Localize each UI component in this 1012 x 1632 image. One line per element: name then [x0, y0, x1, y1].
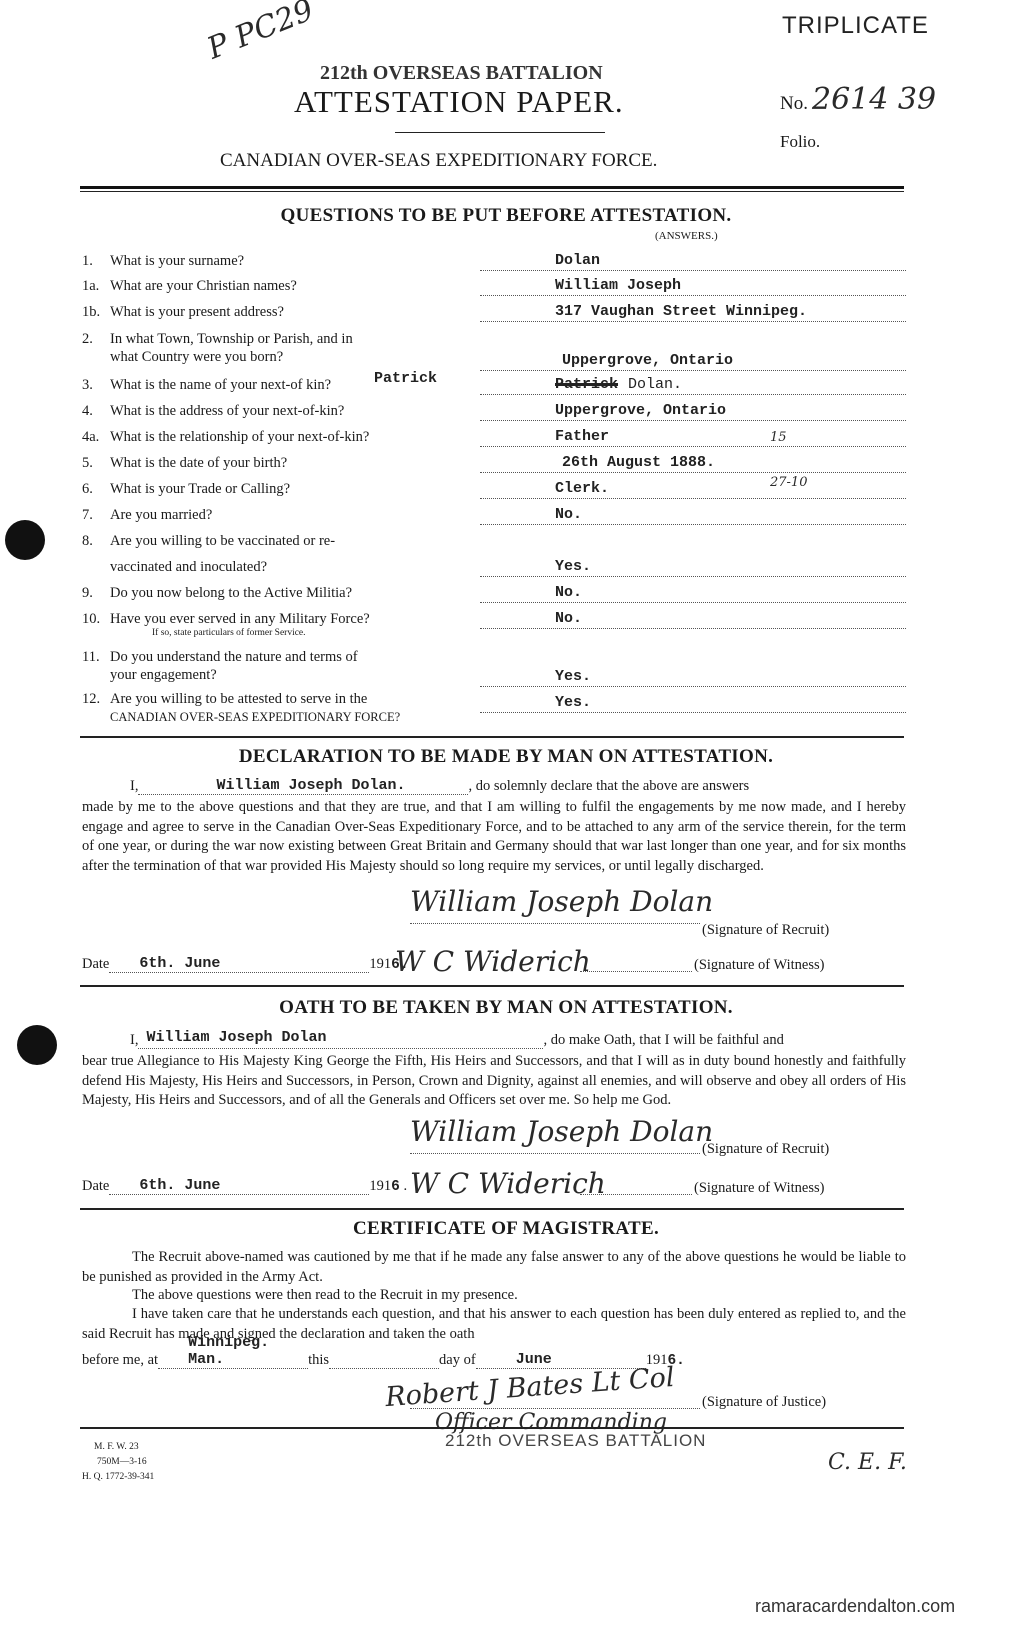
witness-signature-line-declaration [580, 970, 692, 972]
certificate-before-row: before me, atWinnipeg. Man.thisday ofJun… [82, 1352, 912, 1369]
answer-4: Uppergrove, Ontario [480, 400, 906, 421]
questions-rule [80, 736, 904, 738]
cef-mark: C. E. F. [828, 1450, 907, 1475]
certificate-heading: CERTIFICATE OF MAGISTRATE. [0, 1218, 1012, 1240]
certificate-rule [80, 1427, 904, 1429]
questions-heading: QUESTIONS TO BE PUT BEFORE ATTESTATION. [0, 205, 1012, 227]
form-code-3: H. Q. 1772-39-341 [82, 1472, 154, 1482]
header-rule [80, 186, 904, 189]
question-3: 3.What is the name of your next-of kin? [82, 376, 331, 394]
question-12: 12.Are you willing to be attested to ser… [82, 690, 400, 726]
answer-7: No. [480, 504, 906, 525]
answer-1b: 317 Vaughan Street Winnipeg. [480, 301, 906, 322]
recruit-signature-label-oath: (Signature of Recruit) [702, 1141, 829, 1158]
recruit-signature-line-oath [410, 1152, 700, 1154]
declaration-heading: DECLARATION TO BE MADE BY MAN ON ATTESTA… [0, 746, 1012, 768]
certificate-para-1: The Recruit above-named was cautioned by… [82, 1248, 906, 1287]
justice-signature: Robert J Bates Lt Col [384, 1362, 675, 1413]
punch-hole-bottom [17, 1025, 57, 1065]
question-1b: 1b.What is your present address? [82, 303, 284, 321]
answer-1a: William Joseph [480, 275, 906, 296]
witness-signature-label-declaration: (Signature of Witness) [694, 957, 824, 974]
answer-4a: Father15 [480, 426, 906, 447]
question-8-cont: vaccinated and inoculated? [82, 558, 267, 576]
answer-6: Clerk.27-10 [480, 478, 906, 499]
folio-label: Folio. [780, 132, 820, 152]
recruit-signature-oath: William Joseph Dolan [410, 1115, 713, 1148]
oath-heading: OATH TO BE TAKEN BY MAN ON ATTESTATION. [0, 997, 1012, 1019]
battalion-stamp-footer: 212th OVERSEAS BATTALION [445, 1431, 706, 1451]
handwritten-reference: P PC29 [202, 0, 318, 67]
number-value: 2614 39 [812, 82, 936, 117]
question-8: 8.Are you willing to be vaccinated or re… [82, 532, 335, 550]
number-label: No. [780, 93, 808, 114]
document-subtitle: CANADIAN OVER-SEAS EXPEDITIONARY FORCE. [220, 150, 657, 172]
answer-8: Yes. [480, 556, 906, 577]
recruit-signature-declaration: William Joseph Dolan [410, 885, 713, 918]
question-7: 7.Are you married? [82, 506, 212, 524]
declaration-line1: I,William Joseph Dolan., do solemnly dec… [82, 778, 906, 795]
answer-11: Yes. [480, 666, 906, 687]
question-4: 4.What is the address of your next-of-ki… [82, 402, 344, 420]
answer-1: Dolan [480, 250, 906, 271]
question-5: 5.What is the date of your birth? [82, 454, 287, 472]
serial-number: No. 2614 39 [780, 82, 936, 117]
recruit-signature-line-declaration [410, 922, 700, 924]
question-9: 9.Do you now belong to the Active Militi… [82, 584, 352, 602]
form-code-2: 750M—3-16 [97, 1457, 147, 1467]
answer-3-prefix: Patrick [374, 370, 437, 387]
witness-signature-line-oath [580, 1193, 692, 1195]
answer-12: Yes. [480, 692, 906, 713]
punch-hole-top [5, 520, 45, 560]
witness-signature-oath: W C Widerich [410, 1167, 606, 1200]
question-10: 10.Have you ever served in any Military … [82, 610, 370, 628]
title-divider [395, 132, 605, 133]
declaration-rule [80, 985, 904, 987]
recruit-signature-label-declaration: (Signature of Recruit) [702, 922, 829, 939]
question-10-subtext: If so, state particulars of former Servi… [152, 628, 306, 638]
oath-rule [80, 1208, 904, 1210]
website-watermark: ramaracardendalton.com [755, 1596, 955, 1617]
answer-3: Patrick Dolan. [480, 374, 906, 395]
document-title: ATTESTATION PAPER. [294, 84, 624, 120]
form-code-1: M. F. W. 23 [94, 1442, 139, 1452]
question-1: 1.What is your surname? [82, 252, 244, 270]
oath-line1: I,William Joseph Dolan, do make Oath, th… [82, 1032, 906, 1049]
answer-10: No. [480, 608, 906, 629]
witness-signature-label-oath: (Signature of Witness) [694, 1180, 824, 1197]
question-1a: 1a.What are your Christian names? [82, 277, 297, 295]
justice-signature-label: (Signature of Justice) [702, 1394, 826, 1411]
witness-signature-declaration: W C Widerich [395, 945, 591, 978]
answer-3-struck: Patrick [555, 376, 618, 393]
justice-signature-line [410, 1407, 700, 1409]
certificate-para-2: The above questions were then read to th… [82, 1286, 906, 1306]
answer-5: 26th August 1888. [480, 452, 906, 473]
answers-label: (ANSWERS.) [655, 230, 718, 242]
declaration-body: made by me to the above questions and th… [82, 798, 906, 876]
answer-9: No. [480, 582, 906, 603]
battalion-stamp-header: 212th OVERSEAS BATTALION [320, 62, 603, 85]
question-4a: 4a.What is the relationship of your next… [82, 428, 369, 446]
triplicate-label: TRIPLICATE [782, 12, 929, 40]
header-rule-thin [80, 191, 904, 192]
question-11: 11.Do you understand the nature and term… [82, 648, 358, 684]
question-2: 2.In what Town, Township or Parish, and … [82, 330, 353, 366]
answer-2: Uppergrove, Ontario [480, 350, 906, 371]
oath-body: bear true Allegiance to His Majesty King… [82, 1052, 906, 1111]
question-6: 6.What is your Trade or Calling? [82, 480, 290, 498]
